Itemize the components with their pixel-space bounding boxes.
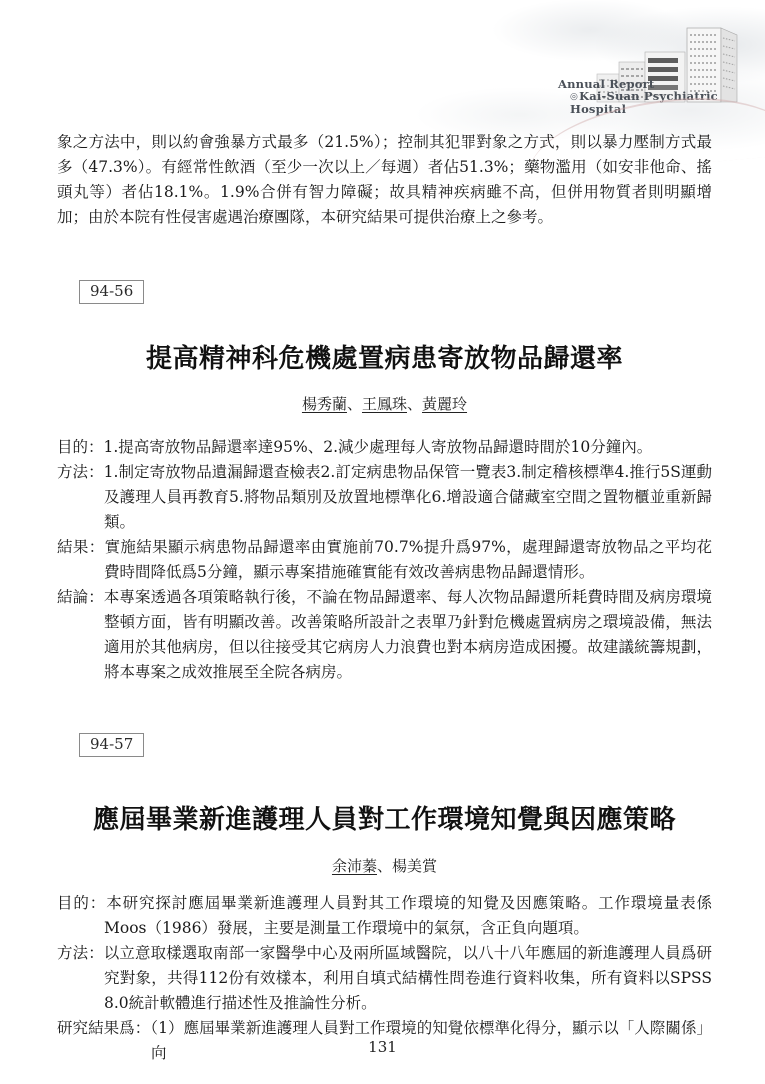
- section-text: 本研究探討應屆畢業新進護理人員對其工作環境的知覺及因應策略。工作環境量表係Moo…: [104, 894, 712, 937]
- abstract-section-results: 結果：實施結果顯示病患物品歸還率由實施前70.7%提升爲97%，處理歸還寄放物品…: [57, 535, 712, 585]
- section-text: 實施結果顯示病患物品歸還率由實施前70.7%提升爲97%，處理歸還寄放物品之平均…: [104, 538, 712, 581]
- page-body: 象之方法中，則以約會強暴方式最多（21.5%）；控制其犯罪對象之方式，則以暴力壓…: [57, 0, 712, 1066]
- abstract-section-conclusion: 結論：本專案透過各項策略執行後，不論在物品歸還率、每人次物品歸還所耗費時間及病房…: [57, 585, 712, 685]
- section-text: 1.提高寄放物品歸還率達95%、2.減少處理每人寄放物品歸還時間於10分鐘內。: [104, 438, 653, 456]
- section-text: 1.制定寄放物品遺漏歸還查檢表2.訂定病患物品保管一覽表3.制定稽核標準4.推行…: [104, 463, 712, 531]
- abstract-title: 提高精神科危機處置病患寄放物品歸還率: [57, 342, 712, 376]
- authors-line: 楊秀蘭、王鳳珠、黃麗玲: [57, 393, 712, 415]
- abstract-section-method: 方法：1.制定寄放物品遺漏歸還查檢表2.訂定病患物品保管一覽表3.制定稽核標準4…: [57, 460, 712, 535]
- author-name: 楊秀蘭: [302, 395, 347, 413]
- section-text: 本專案透過各項策略執行後，不論在物品歸還率、每人次物品歸還所耗費時間及病房環境整…: [104, 588, 712, 681]
- continued-paragraph: 象之方法中，則以約會強暴方式最多（21.5%）；控制其犯罪對象之方式，則以暴力壓…: [57, 130, 712, 230]
- abstract-number-badge: 94-56: [79, 280, 144, 304]
- page-number: 131: [0, 1038, 765, 1056]
- abstract-number-badge: 94-57: [79, 733, 144, 757]
- author-separator: 、: [347, 395, 362, 413]
- author-name: 余沛蓁: [332, 857, 377, 875]
- section-text: 以立意取樣選取南部一家醫學中心及兩所區域醫院，以八十八年應屆的新進護理人員爲研究…: [104, 944, 712, 1012]
- author-name: 楊美賞: [392, 857, 437, 875]
- section-label: 方法：: [57, 944, 104, 962]
- abstract-title: 應屆畢業新進護理人員對工作環境知覺與因應策略: [57, 803, 712, 837]
- authors-line: 余沛蓁、楊美賞: [57, 855, 712, 877]
- abstract-sections: 目的：1.提高寄放物品歸還率達95%、2.減少處理每人寄放物品歸還時間於10分鐘…: [57, 435, 712, 685]
- author-name: 黃麗玲: [422, 395, 467, 413]
- section-label: 結果：: [57, 538, 105, 556]
- author-separator: 、: [377, 857, 392, 875]
- section-label: 目的：: [57, 438, 104, 456]
- author-separator: 、: [407, 395, 422, 413]
- author-name: 王鳳珠: [362, 395, 407, 413]
- section-label: 結論：: [57, 588, 104, 606]
- section-label: 方法：: [57, 463, 104, 481]
- abstract-section-purpose: 目的：本研究探討應屆畢業新進護理人員對其工作環境的知覺及因應策略。工作環境量表係…: [57, 891, 712, 941]
- abstract-section-method: 方法：以立意取樣選取南部一家醫學中心及兩所區域醫院，以八十八年應屆的新進護理人員…: [57, 941, 712, 1016]
- abstract-section-purpose: 目的：1.提高寄放物品歸還率達95%、2.減少處理每人寄放物品歸還時間於10分鐘…: [57, 435, 712, 460]
- section-label: 研究結果爲：: [57, 1019, 150, 1037]
- abstract-number: 94-57: [90, 735, 133, 753]
- section-label: 目的：: [57, 894, 106, 912]
- abstract-number: 94-56: [90, 282, 133, 300]
